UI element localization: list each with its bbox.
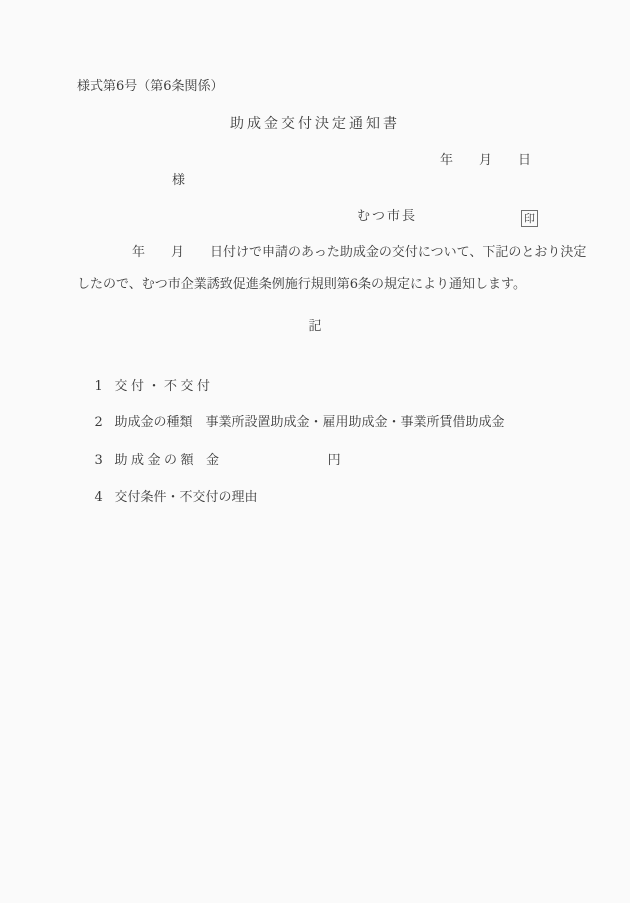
list-item-4: 4交付条件・不交付の理由 <box>78 478 258 517</box>
body-text-line-1: 年 月 日付けで申請のあった助成金の交付について、下記のとおり決定 <box>132 246 586 259</box>
addressee-honorific: 様 <box>172 174 185 187</box>
list-item-3: 3助成金の額金円 <box>78 441 341 480</box>
amount-unit-yen: 円 <box>328 453 341 468</box>
list-item-2: 2助成金の種類 事業所設置助成金・雇用助成金・事業所賃借助成金 <box>78 403 505 442</box>
list-item-3-label: 助成金の額 <box>115 453 198 468</box>
form-number: 様式第6号（第6条関係） <box>77 80 224 93</box>
document-page: 様式第6号（第6条関係） 助成金交付決定通知書 年 月 日 様 むつ市長 印 年… <box>0 0 630 903</box>
date-line: 年 月 日 <box>440 154 531 167</box>
list-item-1-number: 1 <box>95 380 115 393</box>
document-title: 助成金交付決定通知書 <box>0 117 630 131</box>
seal-box: 印 <box>521 210 538 227</box>
issuer-mayor-label: むつ市長 <box>357 210 417 223</box>
list-item-4-number: 4 <box>95 491 115 504</box>
list-item-1-text: 交付・不交付 <box>115 379 214 394</box>
list-item-3-number: 3 <box>95 454 115 467</box>
body-text-line-2: したので、むつ市企業誘致促進条例施行規則第6条の規定により通知します。 <box>77 278 526 291</box>
list-item-2-text: 助成金の種類 事業所設置助成金・雇用助成金・事業所賃借助成金 <box>115 415 505 430</box>
section-marker-ki: 記 <box>0 320 630 333</box>
list-item-2-number: 2 <box>95 416 115 429</box>
seal-mark: 印 <box>524 213 535 224</box>
list-item-4-text: 交付条件・不交付の理由 <box>115 490 258 505</box>
list-item-1: 1交付・不交付 <box>78 367 214 406</box>
amount-prefix-kin: 金 <box>206 453 223 468</box>
